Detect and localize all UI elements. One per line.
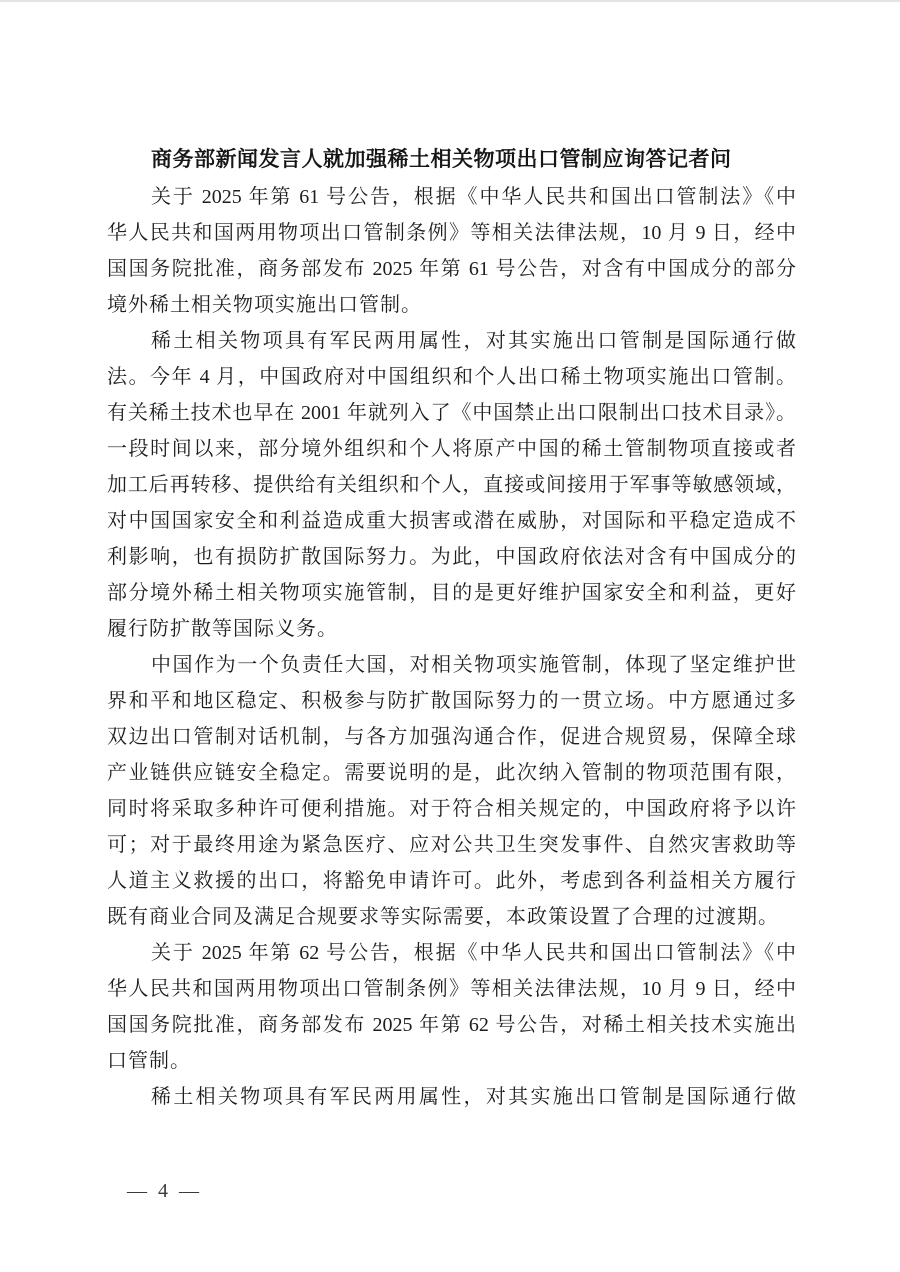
text-line: 国国务院批准，商务部发布 2025 年第 61 号公告，对含有中国成分的部分 — [107, 251, 796, 287]
paragraph: 关于 2025 年第 62 号公告，根据《中华人民共和国出口管制法》《中华人民共… — [107, 935, 796, 1079]
text-line: 既有商业合同及满足合规要求等实际需要，本政策设置了合理的过渡期。 — [107, 899, 796, 935]
text-line: 法。今年 4 月，中国政府对中国组织和个人出口稀土物项实施出口管制。 — [107, 359, 796, 395]
text-line: 履行防扩散等国际义务。 — [107, 611, 796, 647]
document-body: 关于 2025 年第 61 号公告，根据《中华人民共和国出口管制法》《中华人民共… — [107, 179, 796, 1115]
text-line: 一段时间以来，部分境外组织和个人将原产中国的稀土管制物项直接或者 — [107, 431, 796, 467]
document-title: 商务部新闻发言人就加强稀土相关物项出口管制应询答记者问 — [107, 141, 796, 179]
document-page: 商务部新闻发言人就加强稀土相关物项出口管制应询答记者问 关于 2025 年第 6… — [0, 0, 900, 1272]
text-line: 中国作为一个负责任大国，对相关物项实施管制，体现了坚定维护世 — [107, 647, 796, 683]
text-line: 口管制。 — [107, 1043, 796, 1079]
text-line: 产业链供应链安全稳定。需要说明的是，此次纳入管制的物项范围有限， — [107, 755, 796, 791]
paragraph: 中国作为一个负责任大国，对相关物项实施管制，体现了坚定维护世界和平和地区稳定、积… — [107, 647, 796, 935]
text-line: 利影响，也有损防扩散国际努力。为此，中国政府依法对含有中国成分的 — [107, 539, 796, 575]
text-line: 加工后再转移、提供给有关组织和个人，直接或间接用于军事等敏感领域， — [107, 467, 796, 503]
text-line: 稀土相关物项具有军民两用属性，对其实施出口管制是国际通行做 — [107, 323, 796, 359]
paragraph: 稀土相关物项具有军民两用属性，对其实施出口管制是国际通行做 — [107, 1079, 796, 1115]
text-line: 可；对于最终用途为紧急医疗、应对公共卫生突发事件、自然灾害救助等 — [107, 827, 796, 863]
page-number: — 4 — — [127, 1176, 202, 1206]
text-line: 双边出口管制对话机制，与各方加强沟通合作，促进合规贸易，保障全球 — [107, 719, 796, 755]
text-line: 关于 2025 年第 62 号公告，根据《中华人民共和国出口管制法》《中 — [107, 935, 796, 971]
paragraph: 稀土相关物项具有军民两用属性，对其实施出口管制是国际通行做法。今年 4 月，中国… — [107, 323, 796, 647]
paragraph: 关于 2025 年第 61 号公告，根据《中华人民共和国出口管制法》《中华人民共… — [107, 179, 796, 323]
text-line: 人道主义救援的出口，将豁免申请许可。此外，考虑到各利益相关方履行 — [107, 863, 796, 899]
text-line: 国国务院批准，商务部发布 2025 年第 62 号公告，对稀土相关技术实施出 — [107, 1007, 796, 1043]
text-line: 同时将采取多种许可便利措施。对于符合相关规定的，中国政府将予以许 — [107, 791, 796, 827]
text-line: 有关稀土技术也早在 2001 年就列入了《中国禁止出口限制出口技术目录》。 — [107, 395, 796, 431]
text-line: 界和平和地区稳定、积极参与防扩散国际努力的一贯立场。中方愿通过多 — [107, 683, 796, 719]
document-content: 商务部新闻发言人就加强稀土相关物项出口管制应询答记者问 关于 2025 年第 6… — [107, 141, 796, 1115]
text-line: 稀土相关物项具有军民两用属性，对其实施出口管制是国际通行做 — [107, 1079, 796, 1115]
text-line: 部分境外稀土相关物项实施管制，目的是更好维护国家安全和利益，更好 — [107, 575, 796, 611]
text-line: 对中国国家安全和利益造成重大损害或潜在威胁，对国际和平稳定造成不 — [107, 503, 796, 539]
text-line: 境外稀土相关物项实施出口管制。 — [107, 287, 796, 323]
text-line: 华人民共和国两用物项出口管制条例》等相关法律法规，10 月 9 日，经中 — [107, 971, 796, 1007]
text-line: 华人民共和国两用物项出口管制条例》等相关法律法规，10 月 9 日，经中 — [107, 215, 796, 251]
text-line: 关于 2025 年第 61 号公告，根据《中华人民共和国出口管制法》《中 — [107, 179, 796, 215]
